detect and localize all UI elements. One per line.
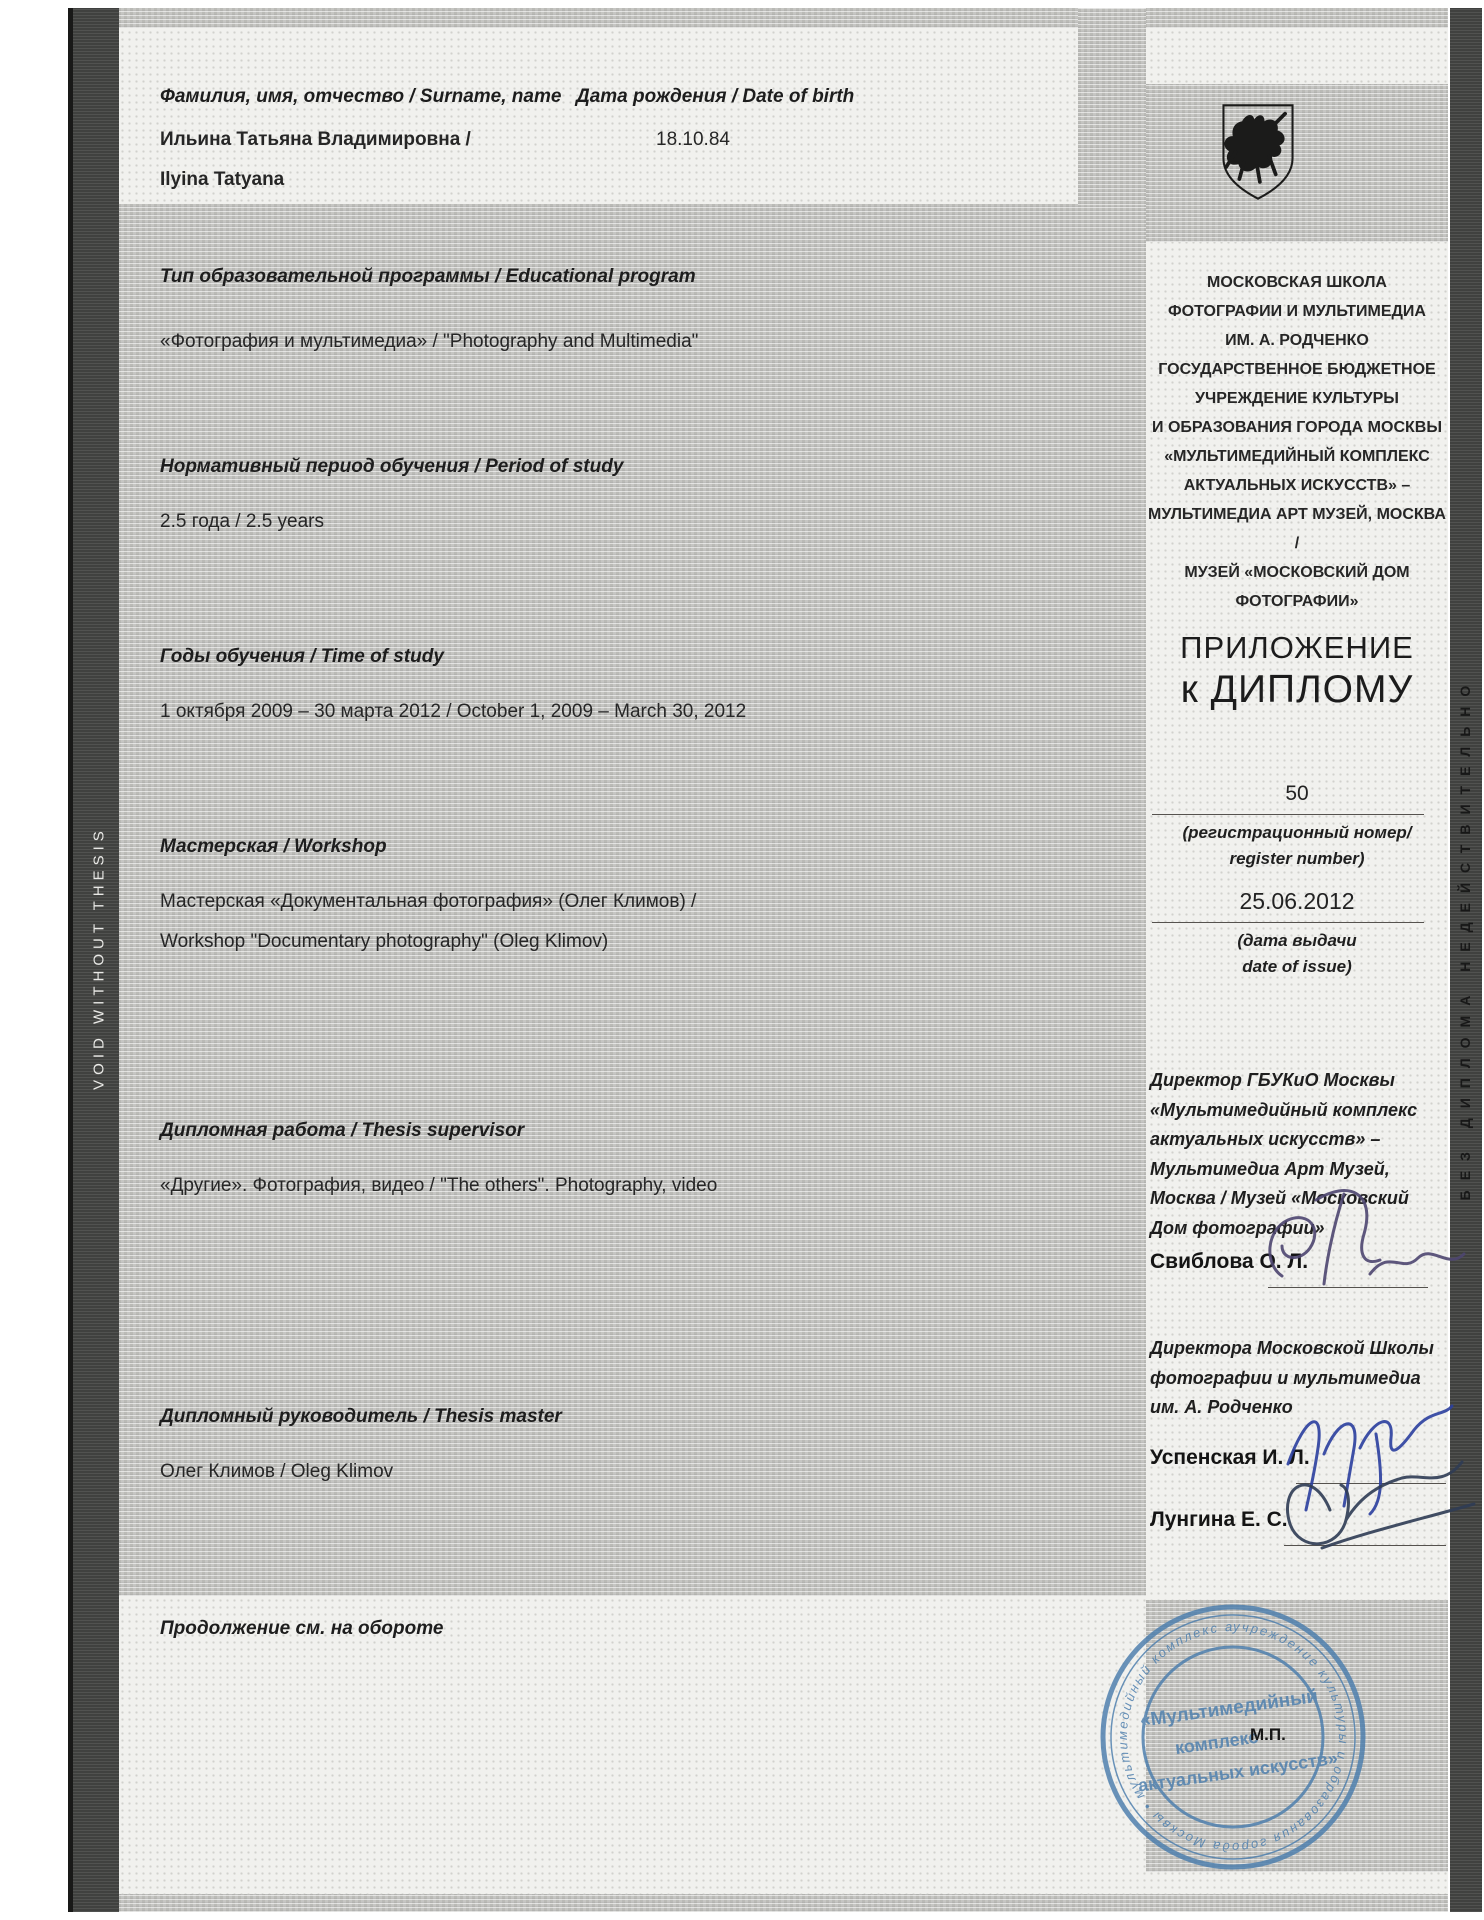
- field-program-value: «Фотография и мультимедиа» / "Photograph…: [160, 322, 698, 362]
- dob-label: Дата рождения / Date of birth: [576, 86, 854, 108]
- official-seal: учреждение культуры и образования города…: [1090, 1594, 1376, 1880]
- register-number-line: [1152, 814, 1424, 815]
- register-number: 50: [1146, 782, 1448, 806]
- seal-center-line2: комплекс: [1174, 1727, 1260, 1758]
- security-band-right: БЕЗ ДИПЛОМА НЕДЕЙСТВИТЕЛЬНО: [1450, 8, 1482, 1912]
- director1-signature: [1252, 1178, 1470, 1300]
- field-period-value: 2.5 года / 2.5 years: [160, 502, 324, 542]
- issue-date-caption: (дата выдачи date of issue): [1146, 928, 1448, 980]
- doc-title-line2: к ДИПЛОМУ: [1146, 668, 1448, 712]
- continuation-note: Продолжение см. на обороте: [160, 1618, 443, 1640]
- issue-date-line: [1152, 922, 1424, 923]
- name-value-en: Ilyina Tatyana: [160, 160, 284, 200]
- doc-title-line1: ПРИЛОЖЕНИЕ: [1146, 630, 1448, 666]
- field-years-label: Годы обучения / Time of study: [160, 646, 444, 668]
- register-number-caption: (регистрационный номер/ register number): [1146, 820, 1448, 872]
- field-thesis-value: «Другие». Фотография, видео / "The other…: [160, 1166, 717, 1206]
- issue-date: 25.06.2012: [1146, 888, 1448, 915]
- field-program-label: Тип образовательной программы / Educatio…: [160, 266, 696, 288]
- diploma-supplement-page: VOID WITHOUT THESIS БЕЗ ДИПЛОМА НЕДЕЙСТВ…: [0, 0, 1484, 1920]
- void-without-thesis-text: VOID WITHOUT THESIS: [91, 826, 108, 1090]
- moscow-coat-of-arms-icon: [1216, 100, 1300, 204]
- field-workshop-value: Мастерская «Документальная фотография» (…: [160, 882, 696, 962]
- name-label: Фамилия, имя, отчество / Surname, name: [160, 86, 561, 108]
- security-band-left: VOID WITHOUT THESIS: [68, 8, 119, 1912]
- field-period-label: Нормативный период обучения / Period of …: [160, 456, 623, 478]
- institution-name: МОСКОВСКАЯ ШКОЛА ФОТОГРАФИИ И МУЛЬТИМЕДИ…: [1146, 268, 1448, 616]
- void-without-diploma-text: БЕЗ ДИПЛОМА НЕДЕЙСТВИТЕЛЬНО: [1457, 676, 1473, 1201]
- seal-place-mark: М.П.: [1250, 1725, 1286, 1744]
- top-divider-strip: [1078, 8, 1146, 205]
- bottom-pattern-strip: [112, 1894, 1448, 1912]
- field-thesis-label: Дипломная работа / Thesis supervisor: [160, 1120, 524, 1142]
- field-master-label: Дипломный руководитель / Thesis master: [160, 1406, 562, 1428]
- seal-center-line1: «Мультимедийный: [1139, 1686, 1319, 1732]
- dob-value: 18.10.84: [656, 120, 730, 160]
- top-pattern-strip: [112, 8, 1448, 28]
- director3-signature: [1266, 1448, 1478, 1580]
- field-master-value: Олег Климов / Oleg Klimov: [160, 1452, 393, 1492]
- field-workshop-label: Мастерская / Workshop: [160, 836, 387, 858]
- field-years-value: 1 октября 2009 – 30 марта 2012 / October…: [160, 692, 746, 732]
- name-value-ru: Ильина Татьяна Владимировна /: [160, 120, 471, 160]
